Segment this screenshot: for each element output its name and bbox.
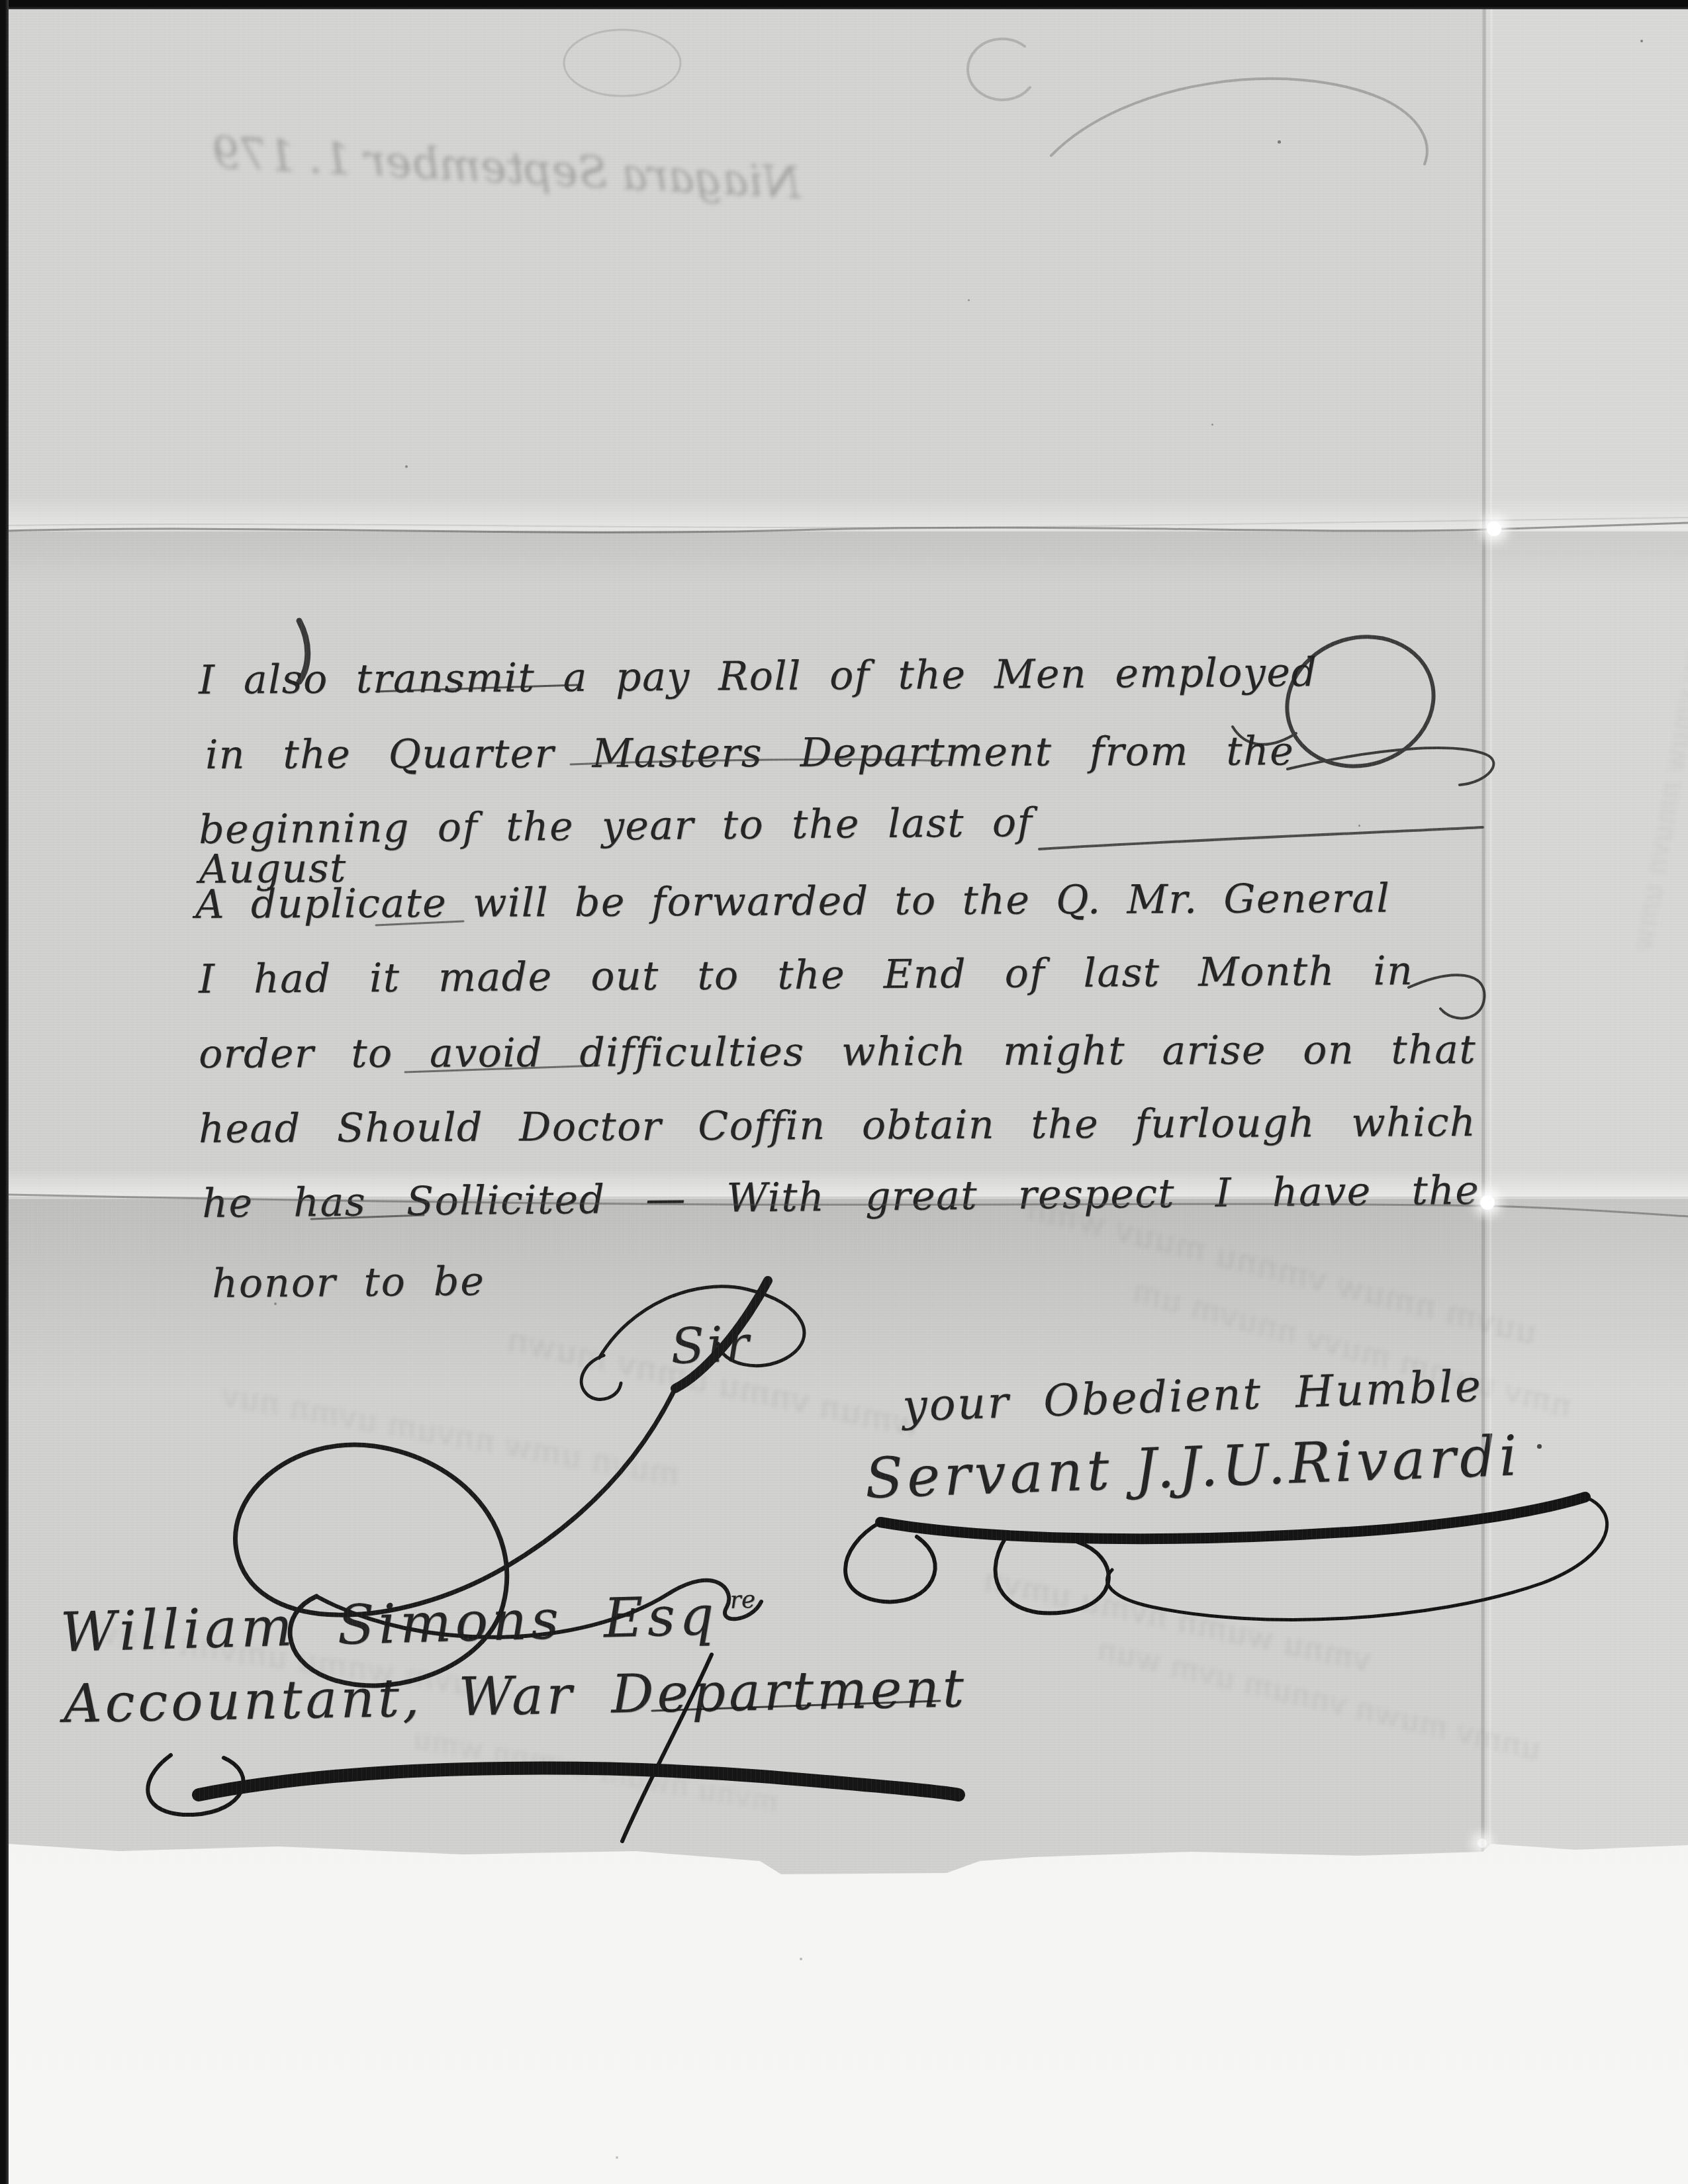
fold-crease-horizontal-1-echo [8,518,1688,527]
fold-crease-horizontal-2 [8,1195,1688,1216]
esq-descender [622,1655,712,1841]
ink-blot-curl [299,621,308,682]
paper-speck [405,465,408,468]
flourish-employed-loop [1270,618,1450,785]
paper-speck [1278,140,1281,144]
tbar-difficulties [405,1066,599,1072]
fold-crease-horizontal-1 [8,523,1688,532]
letter-body-line-4: A duplicate will be forwarded to the Q. … [195,879,1390,925]
letter-body-line-5: I had it made out to the End of last Mon… [199,951,1413,999]
bleedthrough-texture: nmv uwnm muvv nnuvm um [1128,1272,1576,1426]
paper-speck [274,1302,277,1305]
fold1-shadow [0,532,1688,585]
fold-crease-vertical-highlight [1490,9,1491,1850]
salutation: Sir [670,1316,753,1375]
bleedthrough-texture: umnv vmuw nmuvn umw [1626,601,1688,953]
scanner-edge-top [0,0,1688,9]
bleedthrough-texture: vmnu wumn nvmu umvn [980,1561,1375,1679]
signature-underline-main [880,1497,1585,1539]
sir-s-sweep [599,1287,804,1366]
tbar-masters-department [571,760,952,764]
flourish-line5-end [1409,975,1484,1018]
closing-line-1: your Obedient Humble [902,1360,1483,1432]
letter-body-line-6: order to avoid difficulties which might … [199,1030,1476,1074]
scanned-letter-page: Niagara September 1. 179 uuvm nmuw vmnnu… [0,0,1688,2184]
paper-speck [1211,424,1213,426]
tbar-transmit [376,685,577,692]
letter-body-line-8: he has Sollicited — With great respect I… [202,1171,1480,1224]
letter-body-line-9: honor to be [212,1258,485,1307]
bleedthrough-texture: nuvm wnmu umvnn muv [99,1614,496,1706]
bottom-swash-main [199,1768,959,1795]
bleedthrough-texture: mvnu nwum uvmnn wmu [410,1722,782,1820]
paper-speck [968,299,970,301]
scanner-edge-left [0,0,9,2184]
crease-glint [1480,1195,1495,1210]
flourish-employed-tail [1233,727,1296,745]
fold2-highlight [0,1169,1688,1197]
bleedthrough-texture: uuvm nmuw vmnnu muuv wmn [1023,1188,1541,1352]
crease-glint [1477,1839,1487,1848]
flourish-line2-end [1288,748,1493,785]
address-esq-superscript: re [729,1586,756,1614]
tbar-duplicate [376,921,463,925]
bottom-swash-left-loop [148,1755,243,1815]
top-panel-highlight [0,8,1688,529]
backing-speck [616,2156,618,2159]
signature-underline-loop-b [996,1537,1109,1614]
crease-glint [1487,522,1501,536]
letter-body-line-7: head Should Doctor Coffin obtain the fur… [199,1103,1476,1149]
sir-comma-curl [581,1355,621,1399]
signature-underline-return [1107,1497,1607,1619]
pencil-oval-top-center [564,30,680,96]
fold2-shadow [0,1199,1688,1391]
bleedthrough-texture: wmun vnmu umnv muwn [504,1320,924,1445]
paper-speck [1358,825,1360,827]
backing-speck [800,1958,802,1960]
fold-crease-vertical [1483,9,1484,1850]
bleedthrough-texture: muvn umw nnvum uvmn nuv [218,1376,682,1493]
address-line-2: Accountant, War Department [63,1657,968,1735]
sir-s-diagonal [675,1281,768,1388]
dash-after-august [1039,827,1483,849]
department-strike [652,1701,940,1711]
closing-line-2: Servant J.J.U.Rivardi [864,1423,1522,1511]
bleedthrough-texture: unmv muwn vnnum uvm wun [1094,1631,1545,1768]
right-panel-lighter [1487,8,1688,1853]
tbar-sollicited [311,1215,424,1219]
signature-underline-loop-a [845,1522,935,1602]
letter-body-line-2: in the Quarter Masters Department from t… [205,731,1294,775]
grand-paraph-tail [316,1580,761,1637]
fold1-highlight [0,496,1688,531]
letter-body-line-3: beginning of the year to the last of Aug… [199,803,1033,889]
paper-sheet: Niagara September 1. 179 uuvm nmuw vmnnu… [0,0,1688,1886]
grand-paraph-loops [236,1388,675,1686]
bleedthrough-dateline: Niagara September 1. 179 [211,127,802,208]
pencil-c-mark [968,39,1030,100]
letter-body-line-1: I also transmit a pay Roll of the Men em… [199,653,1317,700]
pencil-curve-top-right [1051,79,1427,164]
signature-flourish-dot [1537,1444,1542,1449]
address-line-1: William Simons Esq [60,1584,719,1664]
paper-speck [1640,40,1643,42]
